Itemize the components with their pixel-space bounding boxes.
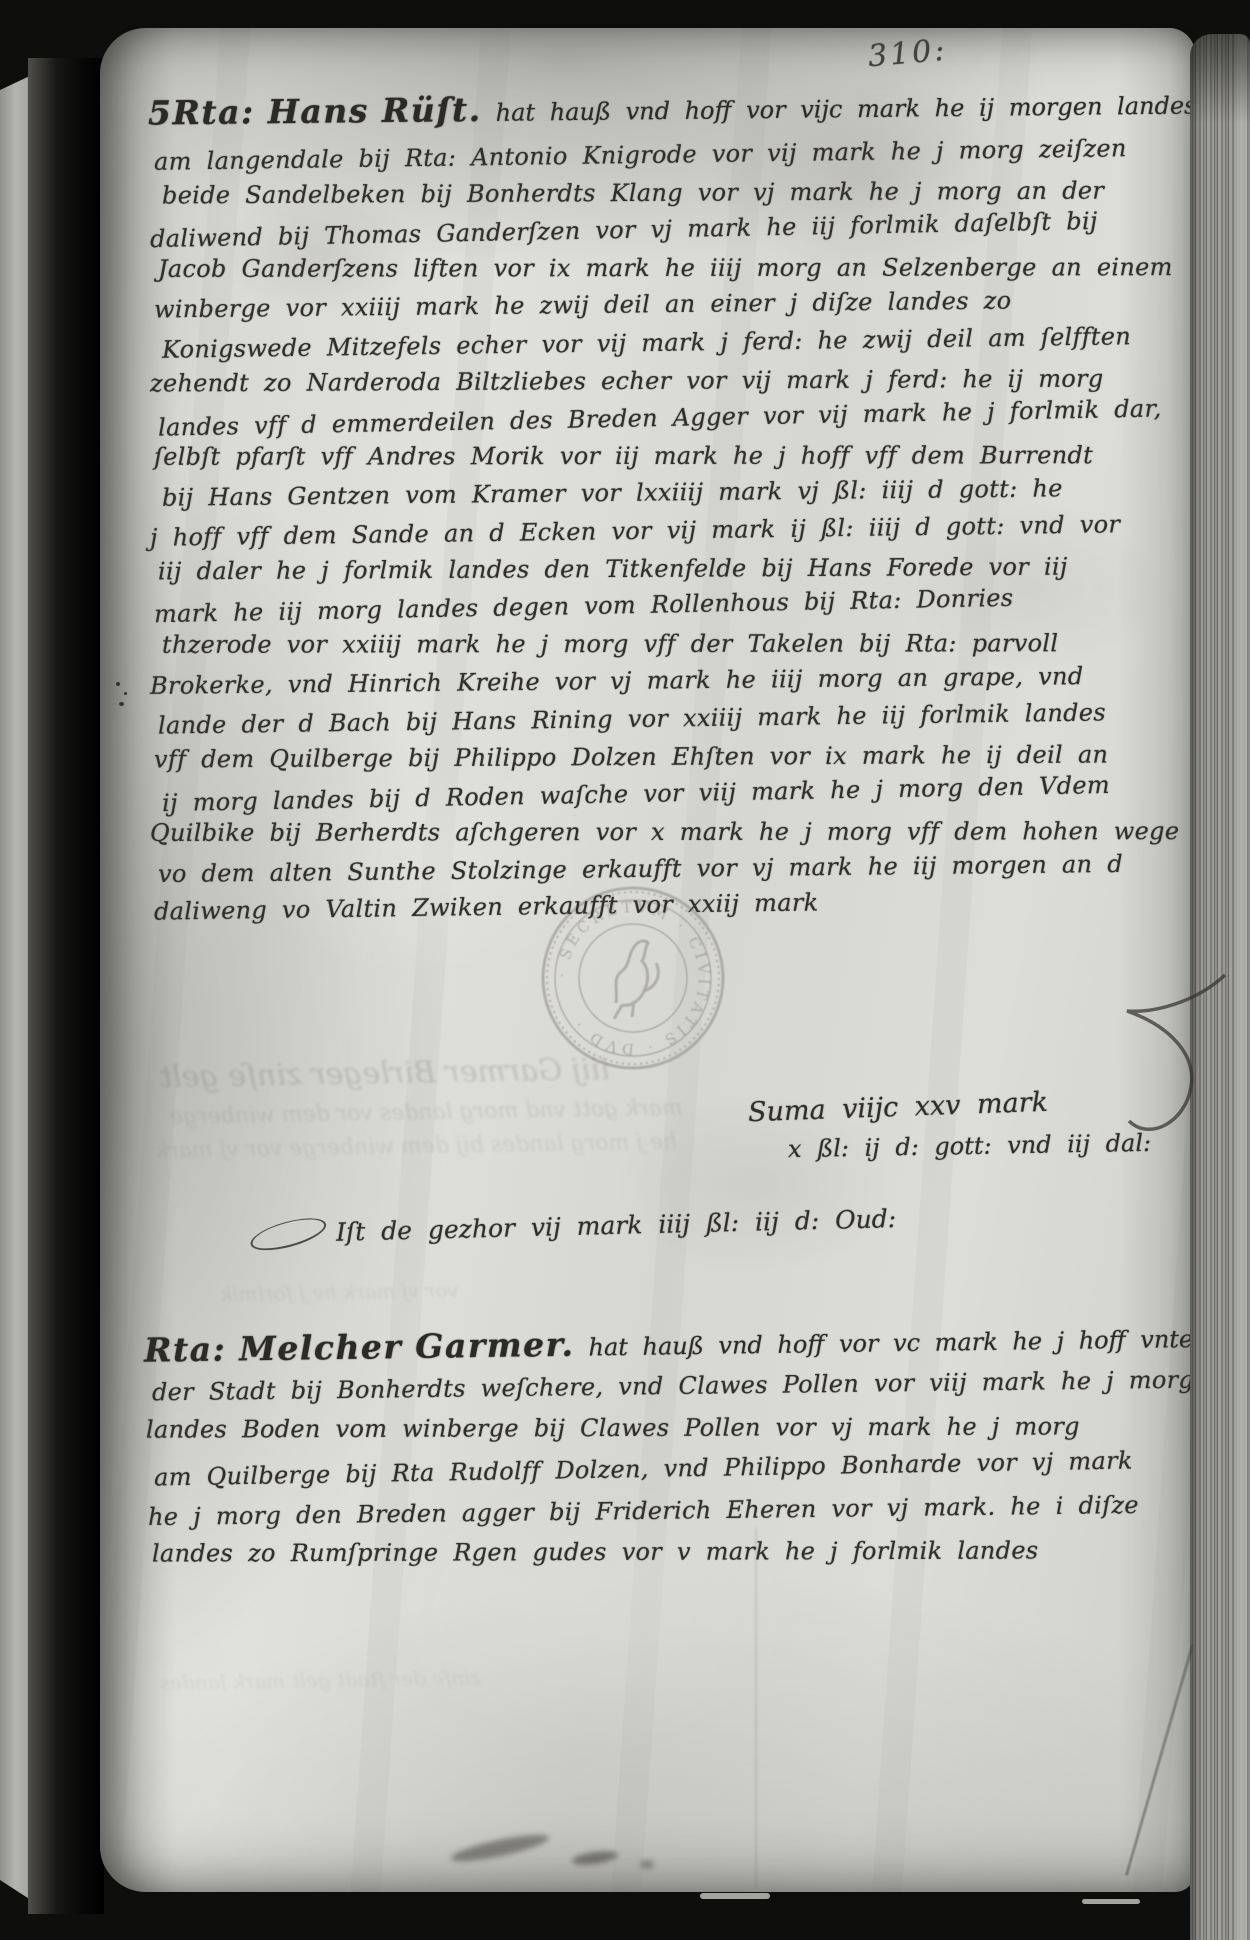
book-scan: · SECRETVM · CIVITATIS · DVD · iiij Garm… bbox=[0, 0, 1250, 1940]
entry-heading-name: Rta: Melcher Garmer. bbox=[144, 1325, 575, 1370]
entry-heading: Rta: Melcher Garmer.hat hauß vnd hoff vo… bbox=[144, 1315, 1245, 1369]
manuscript-page: · SECRETVM · CIVITATIS · DVD · iiij Garm… bbox=[100, 28, 1195, 1892]
register-entry-melcher-garmer: Rta: Melcher Garmer.hat hauß vnd hoff vo… bbox=[100, 28, 1195, 1892]
manuscript-line: am Quilberge bij Rta Rudolff Dolzen, vnd… bbox=[154, 1446, 1133, 1491]
ink-smudge bbox=[640, 1860, 654, 1869]
ink-flourish-icon bbox=[1105, 965, 1240, 1160]
page-bottom-highlight bbox=[1082, 1899, 1140, 1904]
book-gutter-shadow bbox=[28, 58, 104, 1914]
manuscript-line: landes zo Rumſpringe Rgen gudes vor v ma… bbox=[152, 1536, 1039, 1567]
entry-heading-rest: hat hauß vnd hoff vor vc mark he j hoff … bbox=[588, 1324, 1245, 1361]
manuscript-line: landes Boden vom winberge bij Clawes Pol… bbox=[146, 1412, 1080, 1443]
manuscript-line: der Stadt bij Bonherdts weſchere, vnd Cl… bbox=[152, 1366, 1194, 1407]
ink-spatter bbox=[114, 680, 136, 710]
page-bottom-highlight bbox=[700, 1893, 770, 1899]
paper-fold-line bbox=[755, 1528, 757, 1888]
manuscript-line: he j morg den Breden agger bij Friderich… bbox=[148, 1490, 1139, 1530]
